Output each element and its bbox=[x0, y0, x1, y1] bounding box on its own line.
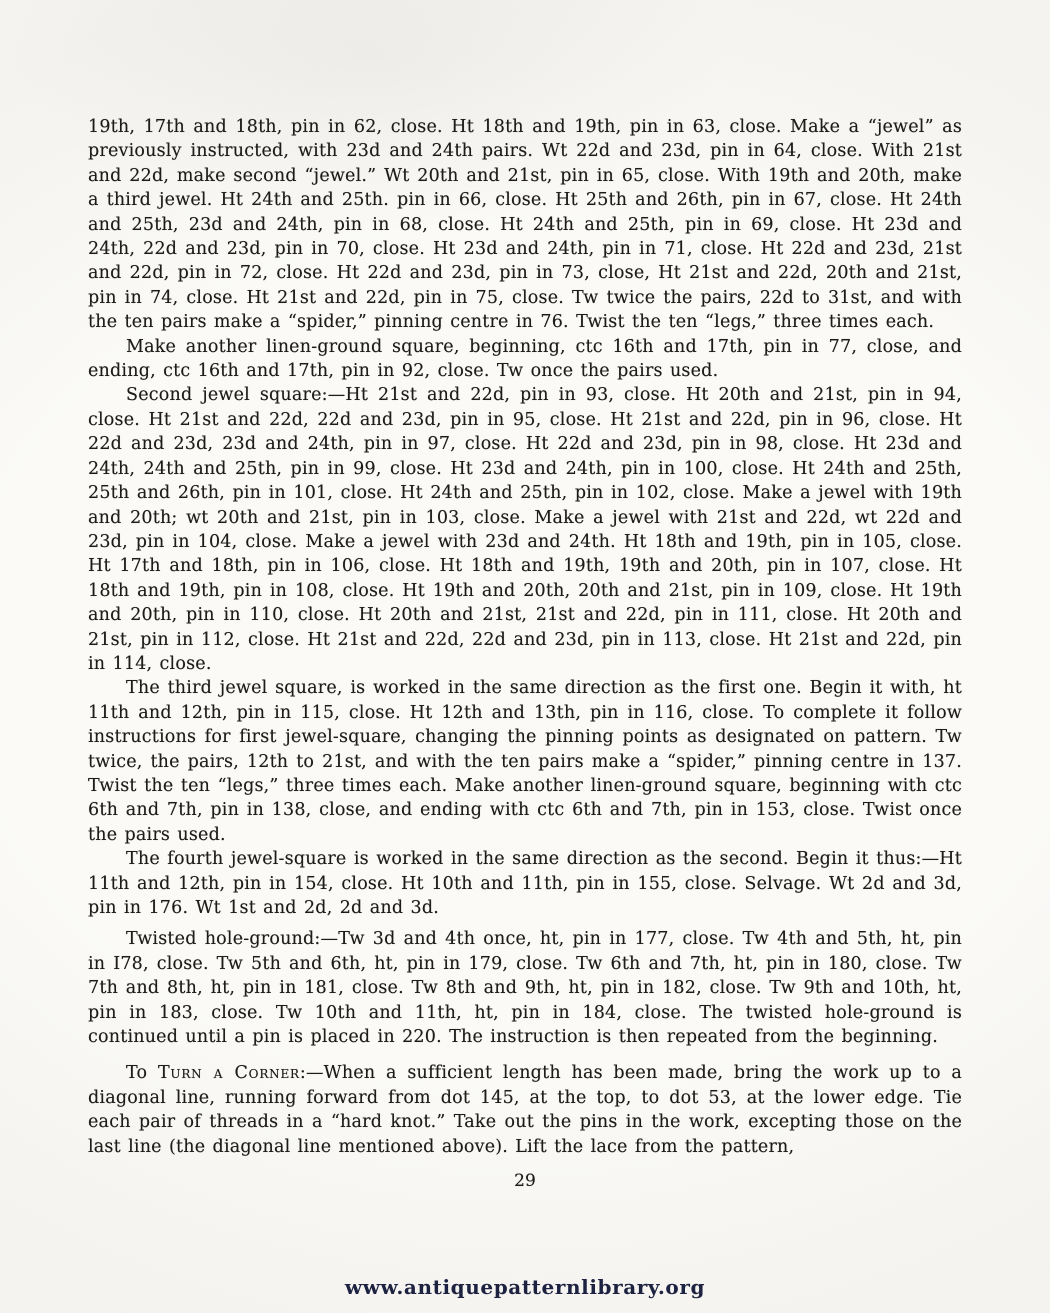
body-text: 19th, 17th and 18th, pin in 62, close. H… bbox=[88, 115, 962, 1159]
paragraph-linen-ground-square: Make another linen-ground square, beginn… bbox=[88, 335, 962, 384]
paragraph-continuation: 19th, 17th and 18th, pin in 62, close. H… bbox=[88, 115, 962, 335]
page-number: 29 bbox=[88, 1171, 962, 1191]
paragraph-fourth-jewel-square: The fourth jewel-square is worked in the… bbox=[88, 847, 962, 920]
corner-lead-text: To bbox=[126, 1063, 158, 1083]
paragraph-third-jewel-square: The third jewel square, is worked in the… bbox=[88, 676, 962, 847]
corner-smallcaps-heading: Turn a Corner bbox=[158, 1063, 300, 1083]
scanned-book-page: 19th, 17th and 18th, pin in 62, close. H… bbox=[0, 0, 1050, 1313]
paragraph-twisted-hole-ground: Twisted hole-ground:—Tw 3d and 4th once,… bbox=[88, 927, 962, 1049]
footer-website-url: www.antiquepatternlibrary.org bbox=[0, 1275, 1050, 1299]
paragraph-to-turn-a-corner: To Turn a Corner:—When a sufficient leng… bbox=[88, 1061, 962, 1159]
paragraph-second-jewel-square: Second jewel square:—Ht 21st and 22d, pi… bbox=[88, 383, 962, 676]
